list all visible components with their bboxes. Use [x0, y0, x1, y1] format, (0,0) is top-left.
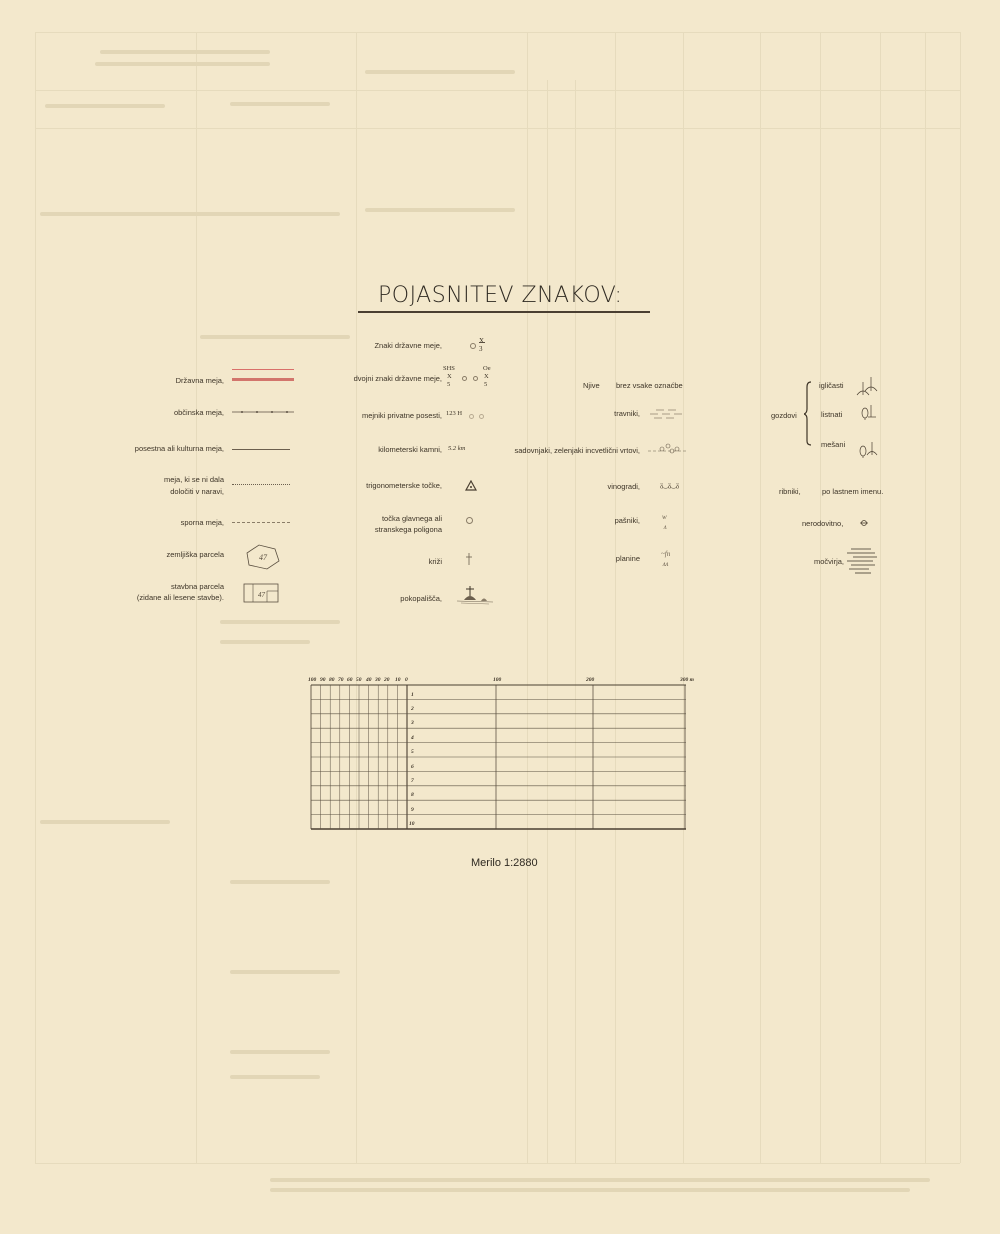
legend-label-meadows: travniki, [614, 408, 640, 420]
kilometer-stone-icon: 5.2 km [448, 445, 478, 455]
scale-tick-30: 30 [375, 677, 381, 683]
scale-tick-100: 100 [493, 677, 501, 683]
cross-icon [465, 552, 473, 566]
legend-label-trig-points: trigonometerske točke, [366, 480, 442, 492]
scale-tick-60: 60 [347, 677, 353, 683]
legend-label-disputed-border: sporna meja, [181, 517, 224, 529]
thin-line-icon [232, 449, 290, 450]
double-red-line-icon [232, 369, 294, 381]
scale-row-5: 5 [411, 749, 414, 755]
barren-icon [860, 519, 868, 527]
svg-text:47: 47 [258, 591, 266, 599]
legend-label-alpine-pastures: planine [616, 553, 640, 565]
legend-label-fields: Njive [583, 380, 600, 392]
legend-note-fields: brez vsake oznaćbe [616, 380, 683, 392]
legend-label-property-border: posestna ali kulturna meja, [135, 443, 224, 455]
title-underline [358, 311, 650, 313]
legend-label-undetermined-border-2: določiti v naravi, [170, 486, 224, 498]
scale-tick-20: 20 [384, 677, 390, 683]
svg-text:47: 47 [259, 553, 268, 562]
legend-label-orchards: sadovnjaki, zelenjaki incvetlični vrtovi… [515, 445, 640, 457]
private-boundary-marker-icon: 123 H [446, 410, 491, 422]
legend-label-land-parcel: zemljiška parcela [166, 549, 224, 561]
marsh-icon [845, 545, 879, 577]
dotted-line-icon [232, 484, 290, 485]
scale-title: Merilo 1:2880 [471, 857, 538, 869]
legend-label-barren: nerodovitno, [802, 518, 843, 530]
legend-label-cemeteries: pokopališča, [400, 593, 442, 605]
vineyard-icon: ᵹ‿ᵹ‿ᵹ [660, 481, 679, 489]
legend-label-state-markers: Znaki državne meje, [374, 340, 442, 352]
land-parcel-polygon-icon: 47 [243, 543, 281, 571]
legend-label-forests: gozdovi [771, 410, 797, 422]
scale-row-6: 6 [411, 764, 414, 770]
scale-grid [309, 683, 689, 833]
orchard-icon [648, 443, 688, 457]
legend-note-ponds-text: po lastnem imenu. [822, 486, 883, 498]
scale-tick-0: 0 [405, 677, 408, 683]
building-parcel-icon: 47 [243, 583, 281, 605]
legend-label-ponds: ribniki, [779, 486, 801, 498]
legend-label-marshes: močvirja, [814, 556, 844, 568]
meadow-icon [648, 407, 684, 421]
deciduous-forest-icon [860, 403, 880, 421]
scale-tick-40: 40 [366, 677, 372, 683]
legend-label-crosses: križi [429, 556, 442, 568]
scale-tick-10: 10 [395, 677, 401, 683]
legend-label-private-boundary-markers: mejniki privatne posesti, [362, 410, 442, 422]
legend-label-municipal-border: občinska meja, [174, 407, 224, 419]
legend-label-kilometer-stones: kilometerski kamni, [378, 444, 442, 456]
scale-tick-300: 300 m [680, 677, 694, 683]
dashed-line-icon [232, 522, 290, 523]
dash-dot-line-icon [232, 408, 294, 416]
double-state-marker-icon: SHS X 5 Oe X 5 [443, 365, 493, 391]
scale-tick-90: 90 [320, 677, 326, 683]
mixed-forest-icon [858, 440, 880, 460]
scale-tick-80: 80 [329, 677, 335, 683]
legend-label-undetermined-border-1: meja, ki se ni dala [164, 474, 224, 486]
legend-label-deciduous: listnati [821, 409, 842, 421]
alpine-pasture-icon: ~fn ᴧᴧ [661, 549, 670, 569]
pasture-icon: w ᴧ [662, 512, 667, 532]
scale-row-2: 2 [411, 706, 414, 712]
state-marker-icon: X 3 [470, 337, 490, 357]
legend-label-mixed: mešani [821, 439, 845, 451]
scale-row-8: 8 [411, 792, 414, 798]
circle-icon [466, 517, 473, 524]
scale-row-10: 10 [409, 821, 415, 827]
scale-tick-50: 50 [356, 677, 362, 683]
conifer-forest-icon [855, 375, 879, 397]
brace-icon [804, 381, 814, 446]
legend-label-polygon-point-2: stranskega poligona [375, 524, 442, 536]
legend-label-vineyards: vinogradi, [607, 481, 640, 493]
scale-tick-200: 200 [586, 677, 594, 683]
scale-row-9: 9 [411, 807, 414, 813]
scale-row-1: 1 [411, 692, 414, 698]
scale-row-7: 7 [411, 778, 414, 784]
cemetery-icon [455, 584, 495, 606]
scale-row-3: 3 [411, 720, 414, 726]
legend-label-conifer: igličasti [819, 380, 844, 392]
legend-label-state-border: Državna meja, [176, 375, 224, 387]
legend-label-double-state-markers: dvojni znaki državne meje, [354, 373, 442, 385]
triangle-icon [465, 480, 477, 491]
scale-tick-70: 70 [338, 677, 344, 683]
scale-tick-100-left: 100 [308, 677, 316, 683]
scale-row-4: 4 [411, 735, 414, 741]
page-title: POJASNITEV ZNAKOV: [378, 283, 622, 308]
legend-label-pastures: pašniki, [615, 515, 640, 527]
legend-label-building-parcel-2: (zidane ali lesene stavbe). [137, 592, 224, 604]
